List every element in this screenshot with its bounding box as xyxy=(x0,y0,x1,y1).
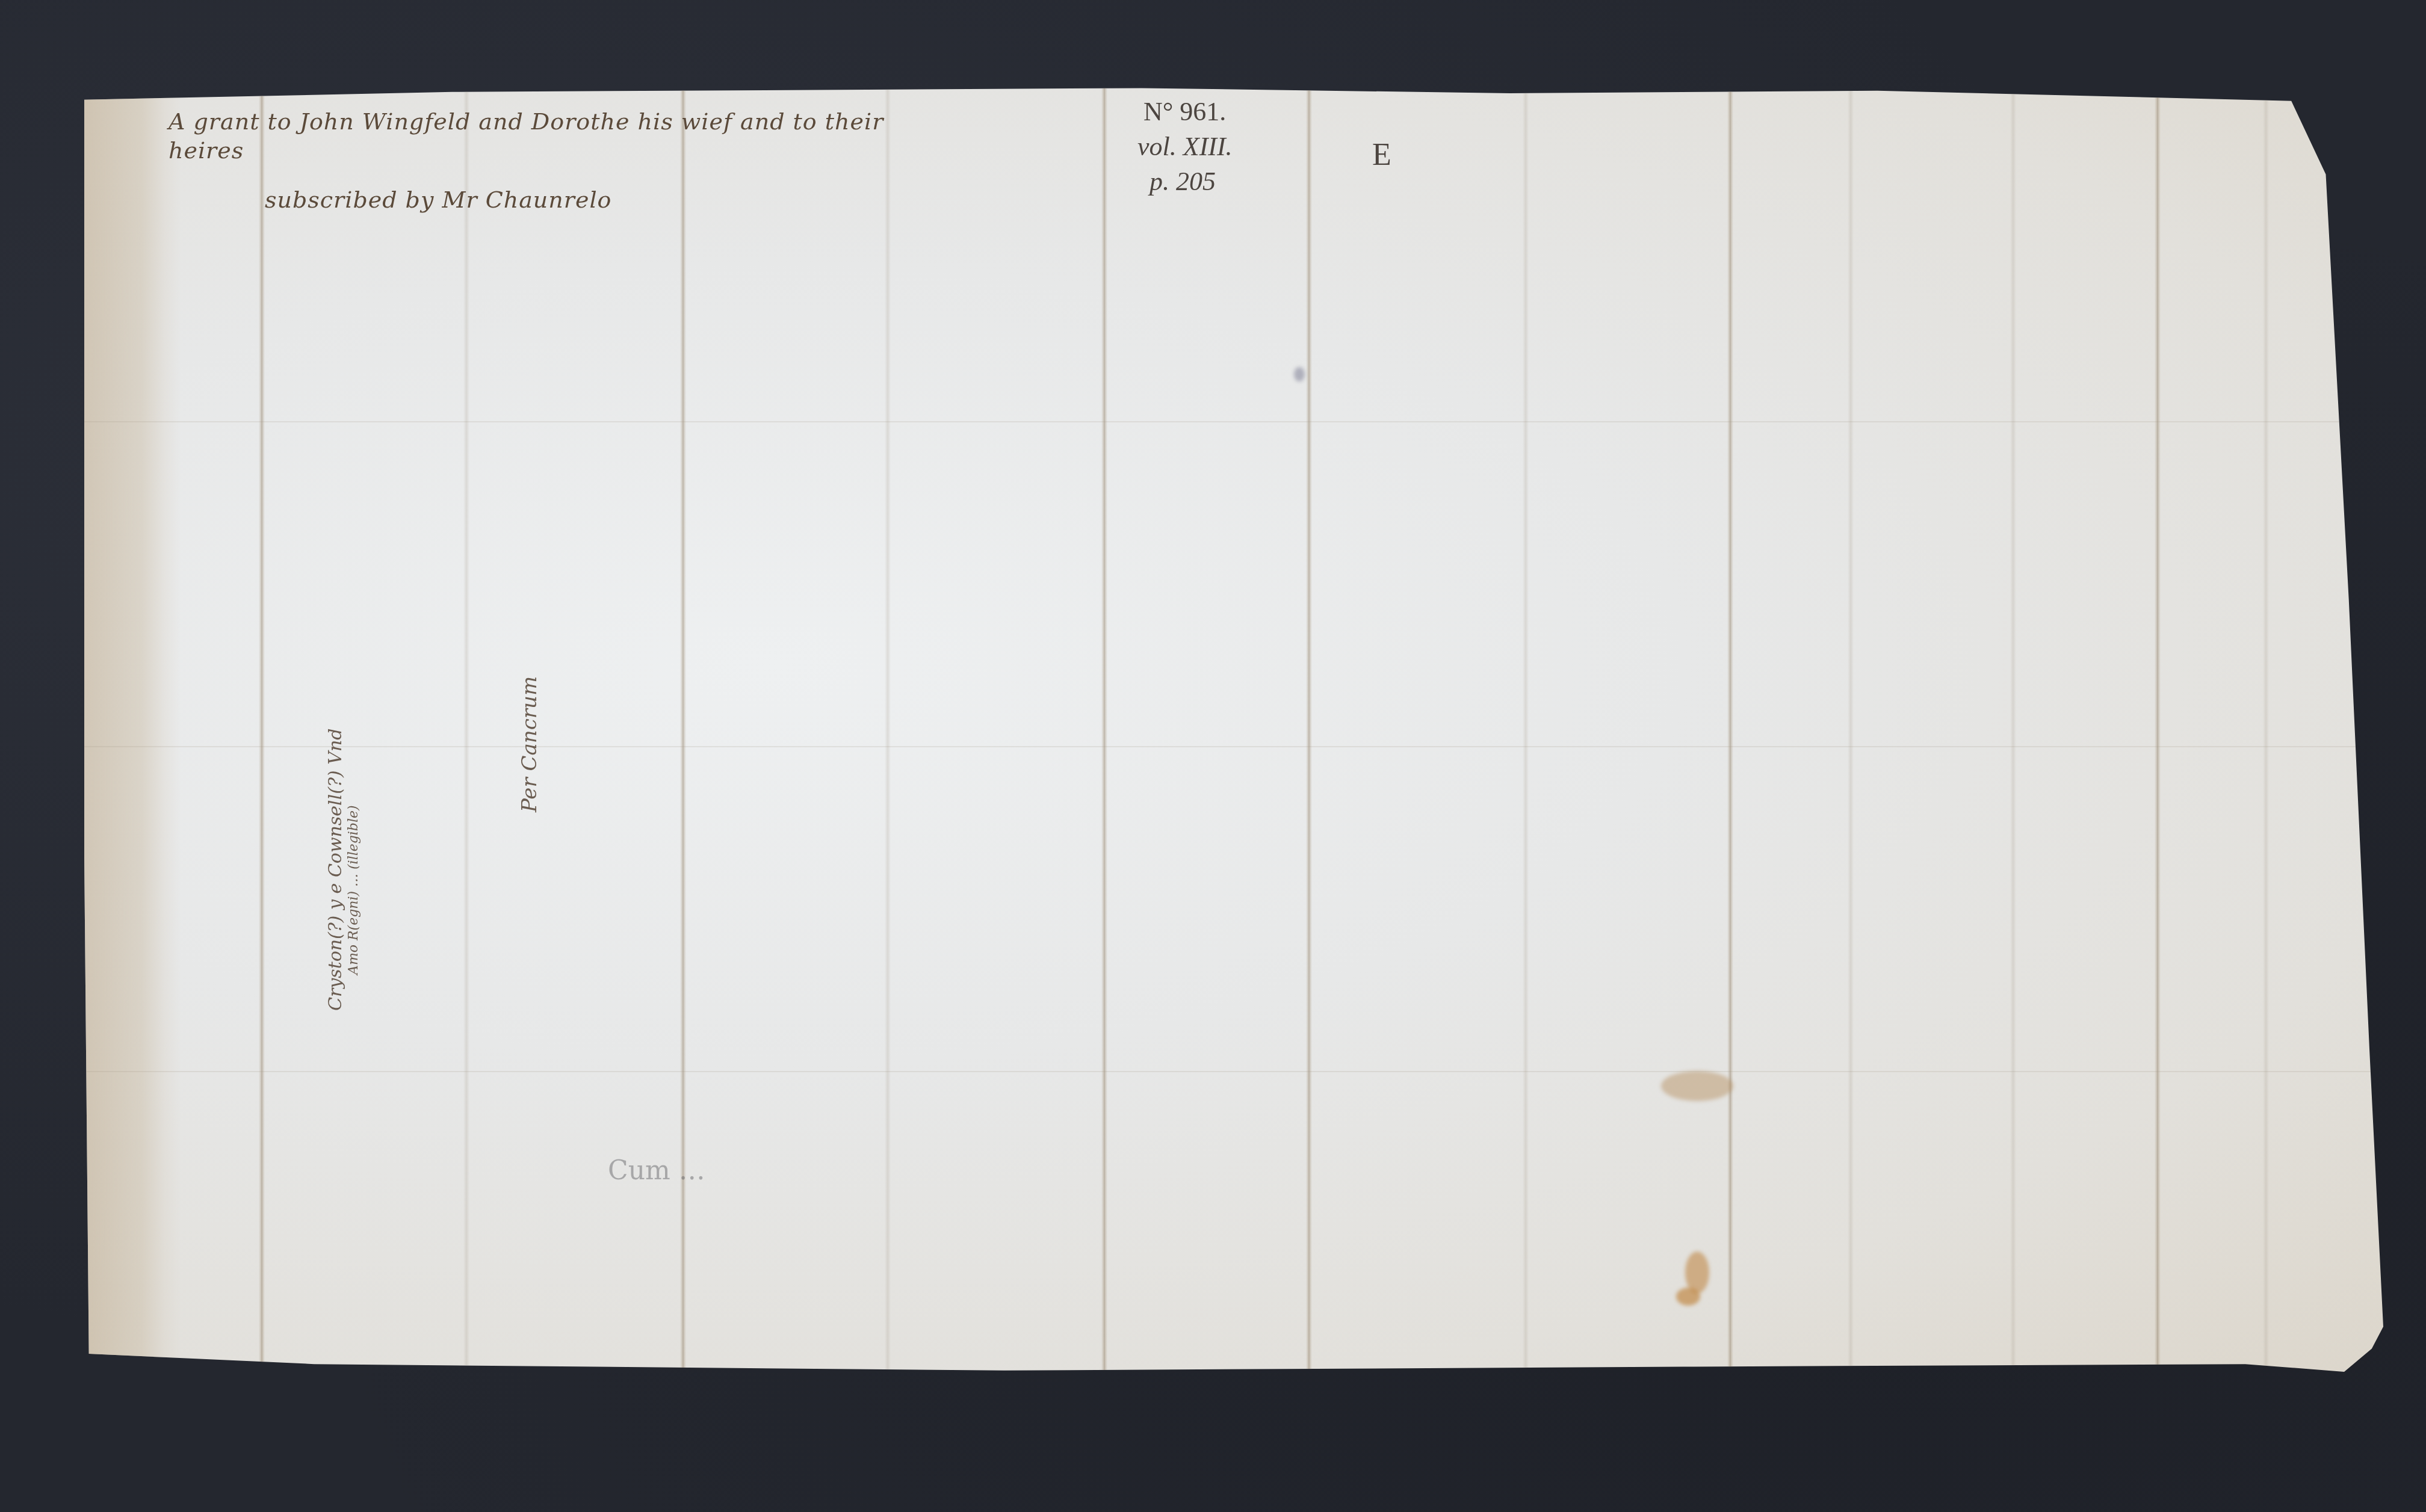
marginal-note-1: Cryston(?) y e Cownsell(?) Vnd xyxy=(325,729,346,1011)
crease-line xyxy=(84,1071,2383,1072)
endorsement-line-1: A grant to John Wingfeld and Dorothe his… xyxy=(169,108,883,135)
fold-line xyxy=(1306,84,1312,1372)
fold-line xyxy=(2010,84,2016,1372)
fold-line xyxy=(2263,84,2269,1372)
marginal-note-2: Amo R(egni) … (illegible) xyxy=(346,805,361,975)
fold-line xyxy=(2155,84,2161,1372)
bleed-through-text: Cum … xyxy=(608,1155,705,1186)
archive-page: p. 205 xyxy=(1150,166,1216,197)
archive-letter: E xyxy=(1372,137,1391,173)
signature: Per Cancrum xyxy=(518,676,542,812)
fold-line xyxy=(463,84,469,1372)
crease-line xyxy=(84,421,2383,422)
vellum-sheet: A grant to John Wingfeld and Dorothe his… xyxy=(84,84,2383,1372)
fold-line xyxy=(1727,84,1733,1372)
stain xyxy=(1676,1288,1700,1306)
fold-line xyxy=(1848,84,1854,1372)
stain xyxy=(1294,367,1305,381)
stain xyxy=(1661,1071,1733,1101)
fold-line xyxy=(885,84,891,1372)
fold-line xyxy=(1101,84,1107,1372)
endorsement-line-3: subscribed by Mr Chaunrelo xyxy=(265,187,611,213)
crease-line xyxy=(84,746,2383,747)
archive-number: N° 961. xyxy=(1143,96,1226,127)
archive-volume: vol. XIII. xyxy=(1137,131,1233,162)
fold-line xyxy=(1523,84,1529,1372)
fold-line xyxy=(259,84,265,1372)
endorsement-line-2: heires xyxy=(169,137,244,164)
